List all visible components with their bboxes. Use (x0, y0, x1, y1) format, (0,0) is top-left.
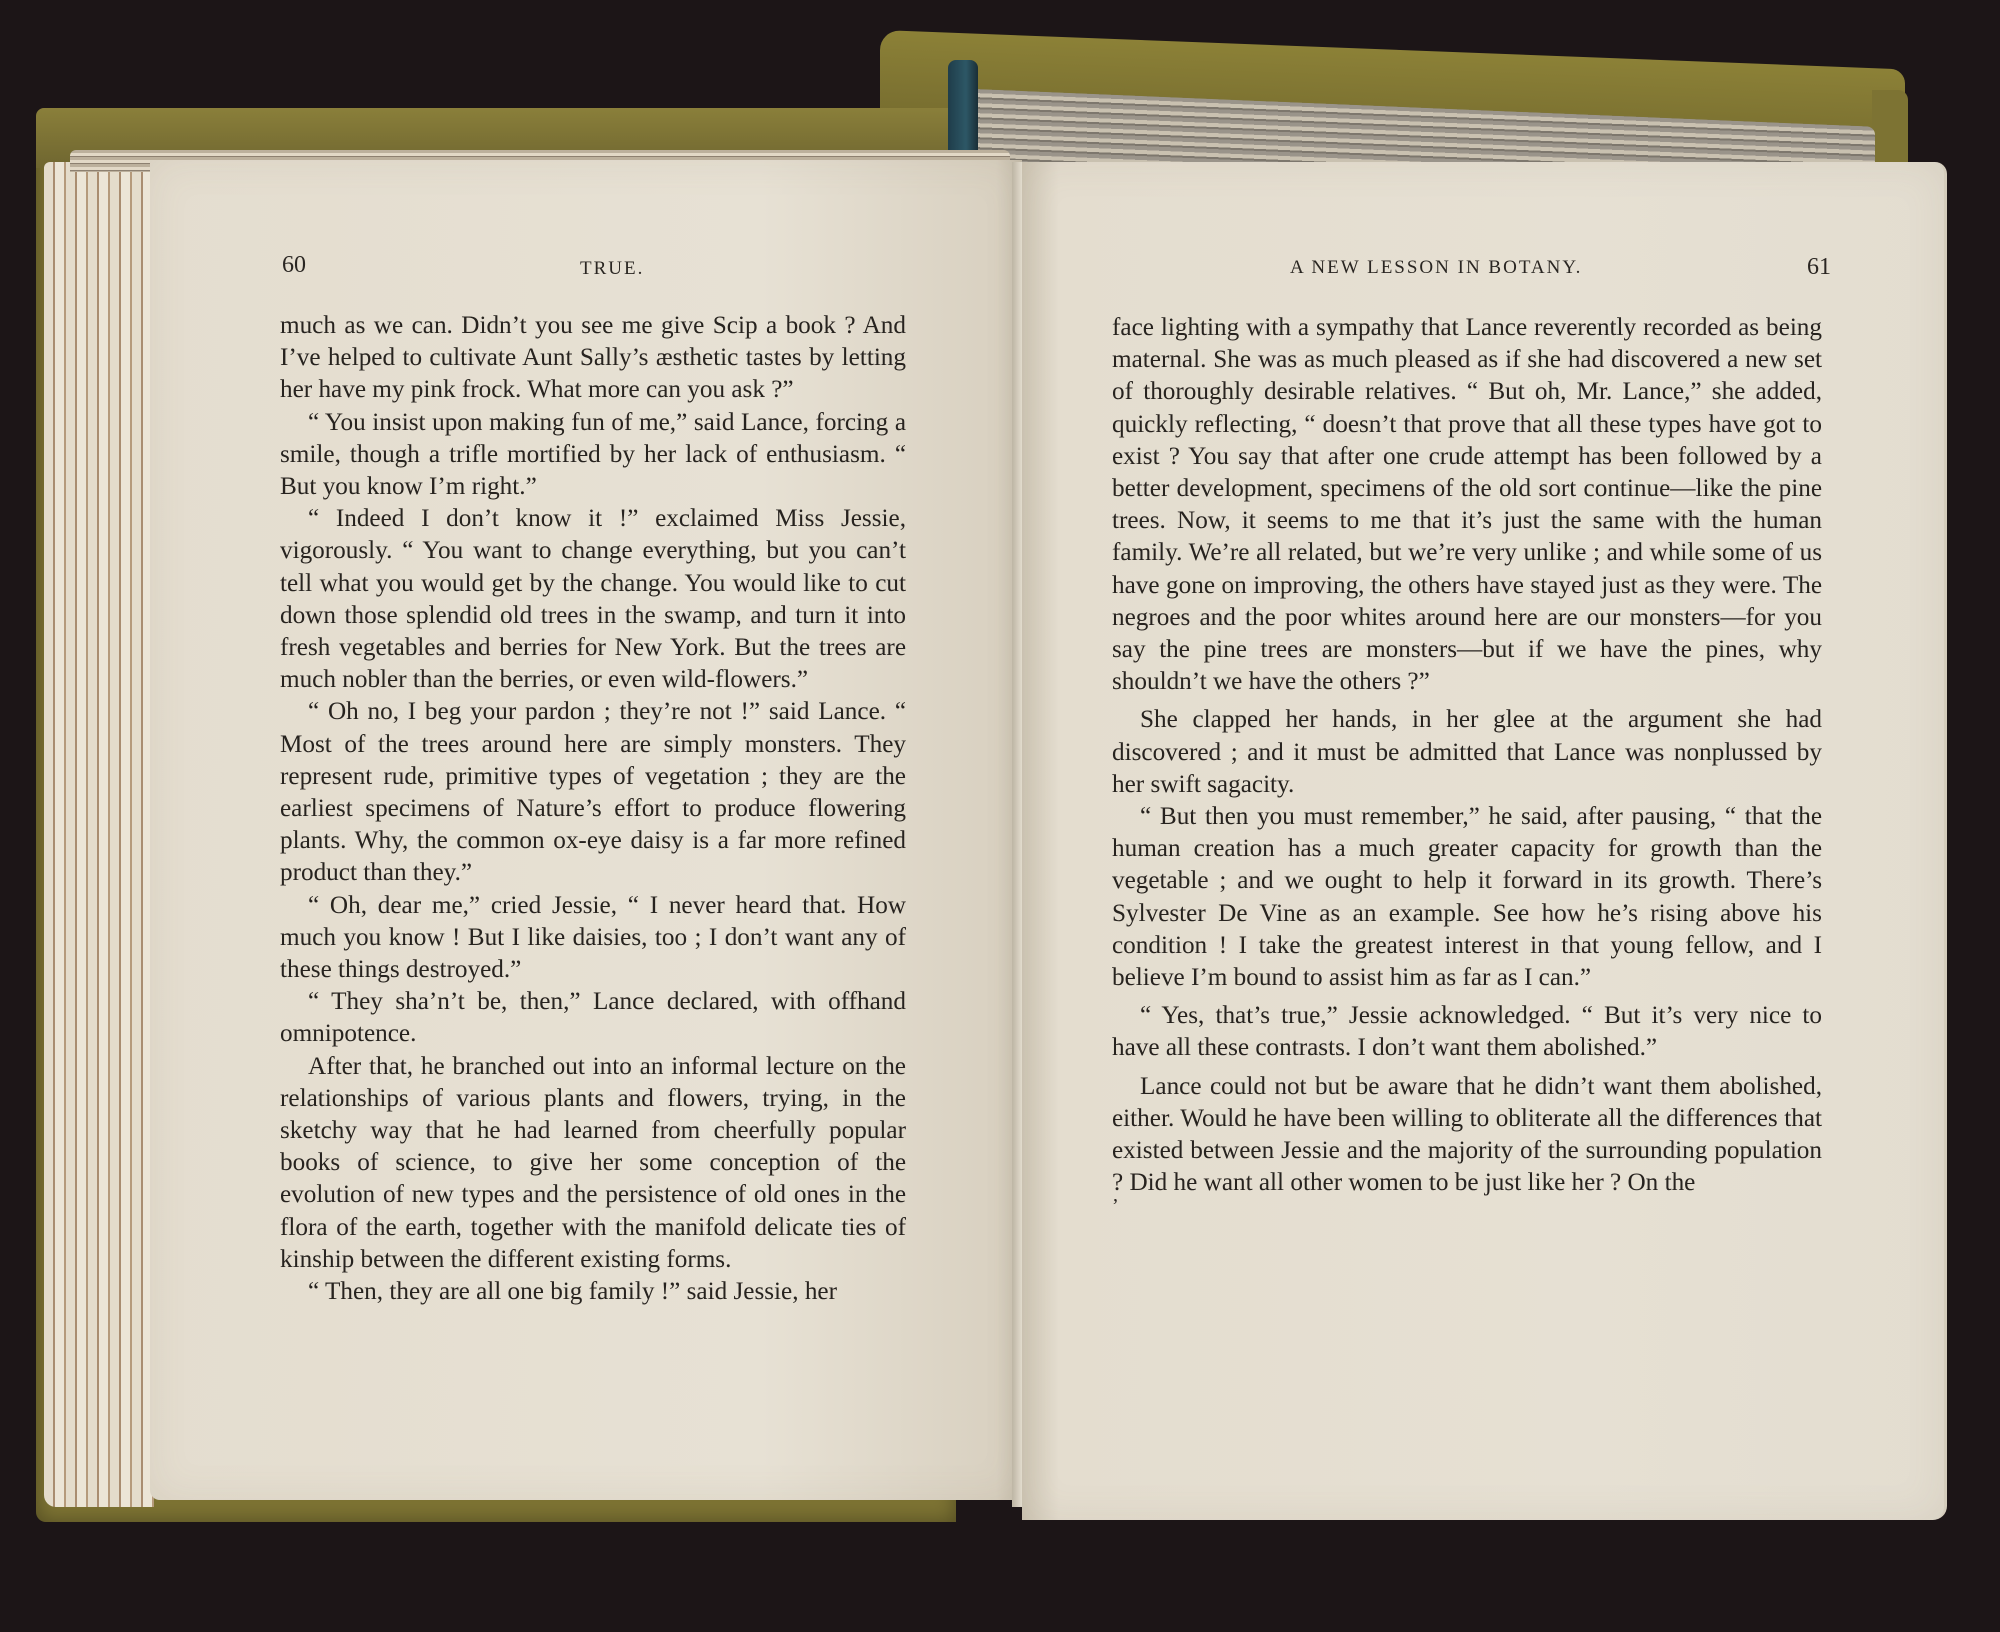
running-head: TRUE. (580, 258, 644, 280)
paragraph: “ But then you must remember,” he said, … (1112, 801, 1822, 994)
page-number: 61 (1807, 254, 1831, 281)
paragraph: face lighting with a sympathy that Lance… (1112, 312, 1822, 698)
page-number: 60 (282, 252, 306, 279)
paragraph: After that, he branched out into an info… (280, 1051, 906, 1276)
left-page-body: much as we can. Didn’t you see me give S… (280, 310, 906, 1308)
paragraph: “ You insist upon making fun of me,” sai… (280, 407, 906, 504)
paragraph: “ Oh no, I beg your pardon ; they’re not… (280, 696, 906, 889)
paragraph: Lance could not but be aware that he did… (1112, 1071, 1822, 1200)
right-page-body: face lighting with a sympathy that Lance… (1112, 312, 1822, 1199)
paragraph: “ Oh, dear me,” cried Jessie, “ I never … (280, 890, 906, 987)
running-head: A NEW LESSON IN BOTANY. (1290, 257, 1582, 279)
right-page: A NEW LESSON IN BOTANY. 61 ’ face lighti… (1022, 162, 1947, 1520)
paragraph: much as we can. Didn’t you see me give S… (280, 310, 906, 407)
paragraph: She clapped her hands, in her glee at th… (1112, 704, 1822, 801)
paragraph: “ They sha’n’t be, then,” Lance declared… (280, 986, 906, 1050)
paragraph: “ Then, they are all one big family !” s… (280, 1276, 906, 1308)
paragraph: “ Indeed I don’t know it !” exclaimed Mi… (280, 503, 906, 696)
left-page: 60 TRUE. much as we can. Didn’t you see … (150, 160, 1022, 1500)
page-edges-left (44, 162, 154, 1507)
paragraph: “ Yes, that’s true,” Jessie acknowledged… (1112, 1000, 1822, 1064)
